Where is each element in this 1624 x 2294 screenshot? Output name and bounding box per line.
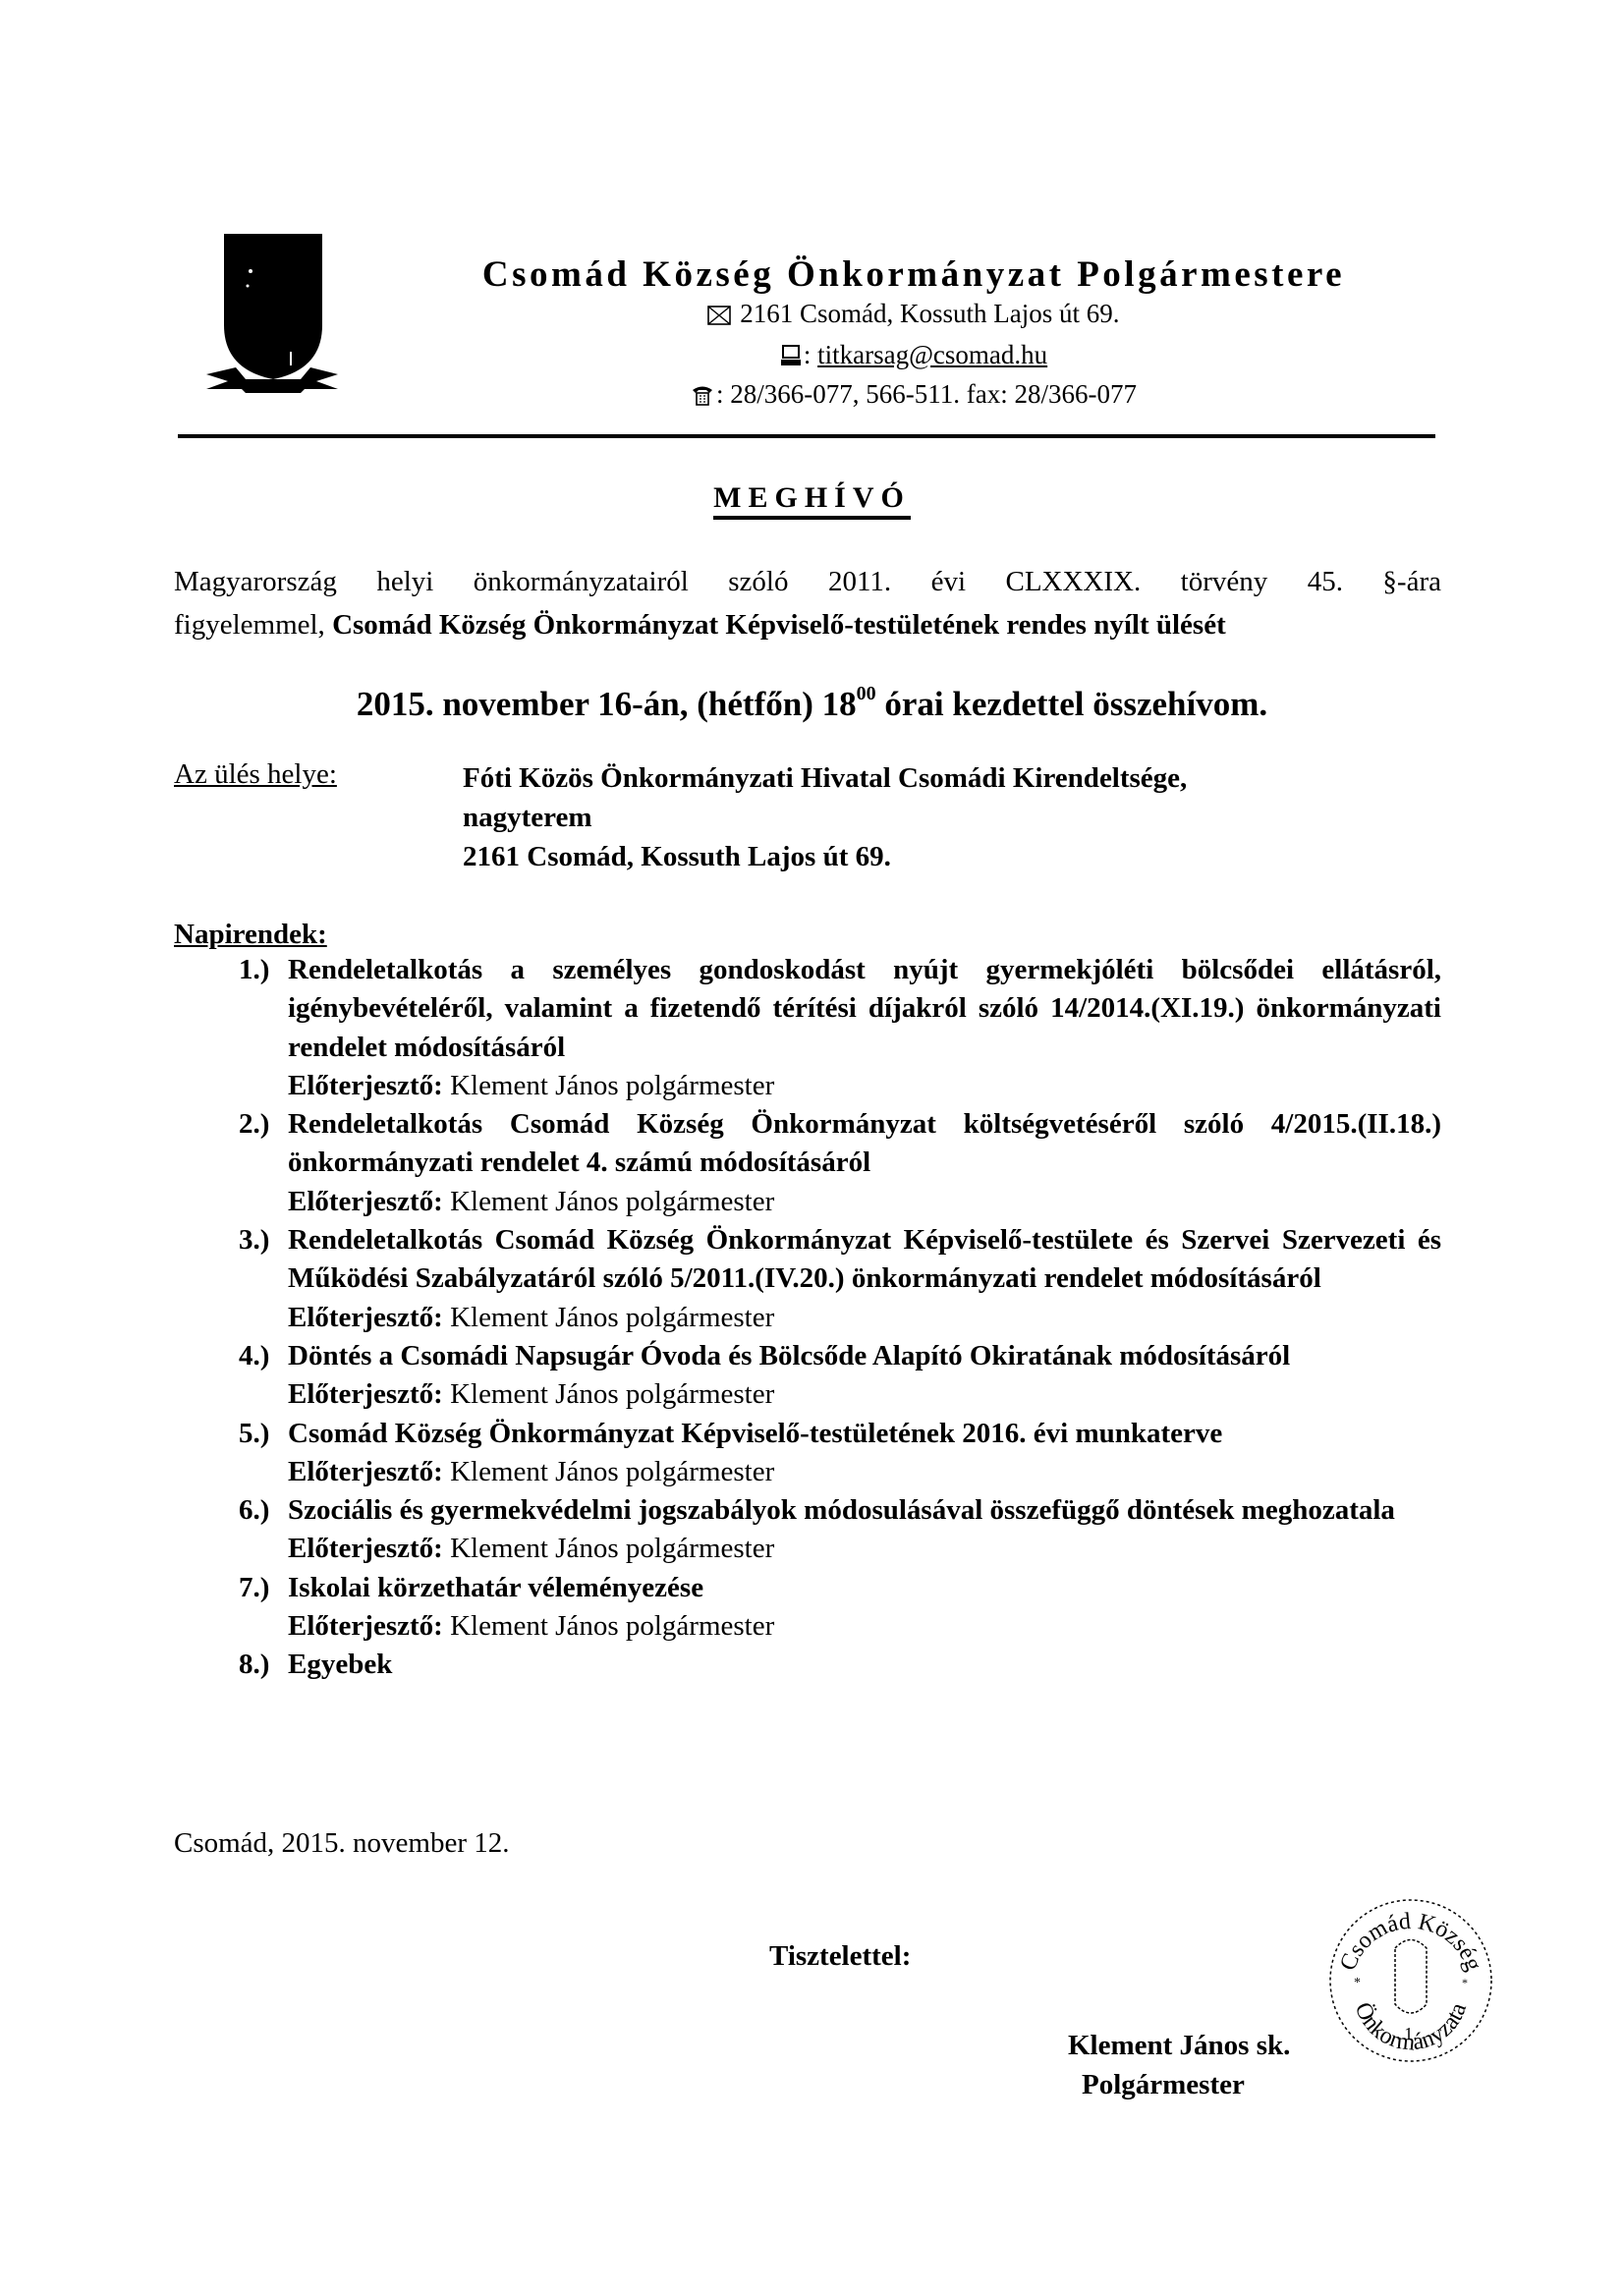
svg-text:*: * [1462, 1976, 1468, 1989]
official-stamp: Csomád Község Önkormányzata ** 1. [1324, 1894, 1496, 2066]
agenda-item: 6.)Szociális és gyermekvédelmi jogszabál… [174, 1491, 1441, 1569]
presenter-label: Előterjesztő: [288, 1302, 443, 1333]
presenter-name: Klement János polgármester [443, 1302, 774, 1333]
agenda-item: 8.)Egyebek [174, 1646, 1441, 1684]
agenda-item-presenter: Előterjesztő: Klement János polgármester [288, 1453, 1441, 1491]
presenter-label: Előterjesztő: [288, 1533, 443, 1564]
agenda-item: 3.)Rendeletalkotás Csomád Község Önkormá… [174, 1221, 1441, 1337]
meeting-date: 2015. november 16-án, (hétfőn) 1800 órai… [0, 683, 1624, 724]
agenda-item-number: 3.) [239, 1221, 269, 1259]
meeting-time-minutes: 00 [857, 683, 876, 704]
phone-line: : 28/366-077, 566-511. fax: 28/366-077 [373, 379, 1454, 410]
phone-text: : 28/366-077, 566-511. fax: 28/366-077 [716, 379, 1137, 409]
address-line: 2161 Csomád, Kossuth Lajos út 69. [373, 299, 1454, 329]
agenda-item-topic: Iskolai körzethatár véleményezése [288, 1569, 1441, 1607]
presenter-label: Előterjesztő: [288, 1610, 443, 1642]
agenda-item: 2.)Rendeletalkotás Csomád Község Önkormá… [174, 1105, 1441, 1221]
agenda-list: 1.)Rendeletalkotás a személyes gondoskod… [174, 951, 1441, 1685]
agenda-item-topic: Rendeletalkotás a személyes gondoskodást… [288, 951, 1441, 1067]
presenter-name: Klement János polgármester [443, 1456, 774, 1487]
agenda-item-number: 6.) [239, 1491, 269, 1530]
presenter-label: Előterjesztő: [288, 1378, 443, 1410]
signatory-name: Klement János sk. [1068, 2030, 1290, 2062]
agenda-item-number: 8.) [239, 1646, 269, 1684]
meeting-place: Fóti Közös Önkormányzati Hivatal Csomádi… [463, 758, 1187, 876]
address-text: 2161 Csomád, Kossuth Lajos út 69. [740, 299, 1119, 328]
agenda-item-topic: Rendeletalkotás Csomád Község Önkormányz… [288, 1105, 1441, 1183]
meeting-place-line: Fóti Közös Önkormányzati Hivatal Csomádi… [463, 758, 1187, 798]
agenda-item: 1.)Rendeletalkotás a személyes gondoskod… [174, 951, 1441, 1105]
agenda-item-number: 4.) [239, 1337, 269, 1375]
agenda-label: Napirendek: [174, 919, 327, 951]
intro-line-1: Magyarország helyi önkormányzatairól szó… [174, 560, 1441, 603]
agenda-item-number: 2.) [239, 1105, 269, 1144]
agenda-item-number: 7.) [239, 1569, 269, 1607]
agenda-item-presenter: Előterjesztő: Klement János polgármester [288, 1067, 1441, 1105]
stamp-number: 1. [1404, 2024, 1418, 2043]
coat-of-arms-logo [206, 232, 338, 395]
header-divider [178, 434, 1435, 438]
svg-text:Csomád Község: Csomád Község [1335, 1909, 1486, 1975]
telephone-icon [691, 384, 714, 406]
email-prefix: : [804, 340, 817, 369]
presenter-label: Előterjesztő: [288, 1070, 443, 1101]
meeting-place-label: Az ülés helye: [174, 758, 337, 791]
agenda-item-number: 5.) [239, 1415, 269, 1453]
email-link[interactable]: titkarsag@csomad.hu [817, 340, 1047, 369]
presenter-label: Előterjesztő: [288, 1186, 443, 1217]
agenda-item-presenter: Előterjesztő: Klement János polgármester [288, 1530, 1441, 1568]
stamp-top-text: Csomád Község [1335, 1909, 1486, 1975]
agenda-item-presenter: Előterjesztő: Klement János polgármester [288, 1607, 1441, 1646]
meeting-place-line: nagyterem [463, 798, 1187, 837]
place-and-date: Csomád, 2015. november 12. [174, 1827, 510, 1860]
agenda-item-topic: Csomád Község Önkormányzat Képviselő-tes… [288, 1415, 1441, 1453]
agenda-item: 4.)Döntés a Csomádi Napsugár Óvoda és Bö… [174, 1337, 1441, 1415]
signatory-title: Polgármester [1082, 2069, 1245, 2101]
envelope-icon [707, 306, 731, 325]
document-title: MEGHÍVÓ [0, 481, 1624, 515]
agenda-item: 5.)Csomád Község Önkormányzat Képviselő-… [174, 1415, 1441, 1492]
closing-regards: Tisztelettel: [769, 1940, 911, 1973]
presenter-name: Klement János polgármester [443, 1070, 774, 1101]
presenter-name: Klement János polgármester [443, 1533, 774, 1564]
agenda-item-presenter: Előterjesztő: Klement János polgármester [288, 1375, 1441, 1414]
agenda-item-presenter: Előterjesztő: Klement János polgármester [288, 1299, 1441, 1337]
organization-title: Csomád Község Önkormányzat Polgármestere [373, 253, 1454, 296]
intro-line-2-plain: figyelemmel, [174, 609, 332, 641]
presenter-name: Klement János polgármester [443, 1610, 774, 1642]
presenter-label: Előterjesztő: [288, 1456, 443, 1487]
agenda-item-presenter: Előterjesztő: Klement János polgármester [288, 1183, 1441, 1221]
email-line: : titkarsag@csomad.hu [373, 340, 1454, 370]
agenda-item-topic: Szociális és gyermekvédelmi jogszabályok… [288, 1491, 1441, 1530]
agenda-item-topic: Döntés a Csomádi Napsugár Óvoda és Bölcs… [288, 1337, 1441, 1375]
agenda-item-topic: Egyebek [288, 1646, 1441, 1684]
agenda-item: 7.)Iskolai körzethatár véleményezéseElőt… [174, 1569, 1441, 1647]
presenter-name: Klement János polgármester [443, 1186, 774, 1217]
intro-paragraph: Magyarország helyi önkormányzatairól szó… [174, 560, 1441, 646]
agenda-item-topic: Rendeletalkotás Csomád Község Önkormányz… [288, 1221, 1441, 1299]
intro-line-2-bold: Csomád Község Önkormányzat Képviselő-tes… [332, 609, 1226, 641]
presenter-name: Klement János polgármester [443, 1378, 774, 1410]
computer-icon [780, 345, 802, 366]
agenda-item-number: 1.) [239, 951, 269, 989]
meeting-place-line: 2161 Csomád, Kossuth Lajos út 69. [463, 837, 1187, 876]
svg-text:*: * [1354, 1976, 1361, 1990]
